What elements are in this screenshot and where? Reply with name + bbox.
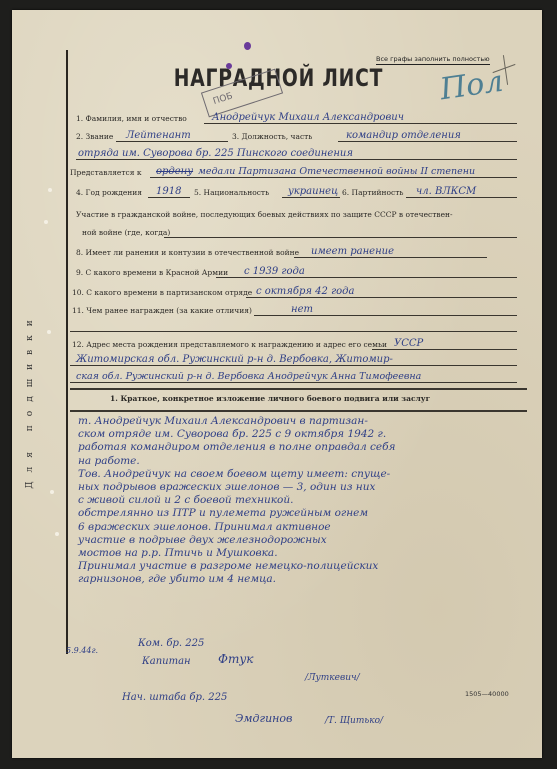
field-partisan-since: 10. С какого времени в партизанском отря… xyxy=(76,284,517,298)
punch-hole xyxy=(44,220,48,224)
binding-label: Для подшивки xyxy=(25,311,35,489)
field-value: имеет ранение xyxy=(311,246,394,258)
field-value: Житомирская обл. Ружинский р-н д. Вербов… xyxy=(76,354,393,366)
field-label: Участие в гражданской войне, последующих… xyxy=(76,210,453,219)
field-label: 2. Звание xyxy=(76,132,113,141)
chief-of-staff-name: /Т. Щитько/ xyxy=(325,716,383,726)
narrative-line: мостов на р.р. Птичь и Мушковка. xyxy=(78,547,538,560)
field-participation-continued: ной войне (где, когда) xyxy=(76,224,517,238)
field-value: нет xyxy=(291,304,313,316)
field-unit-continued: отряда им. Суворова бр. 225 Пинского сое… xyxy=(76,146,517,160)
stamp-text: ПОБ xyxy=(212,91,234,107)
commander-signature: Фтук xyxy=(218,652,253,666)
narrative-line: с живой силой и 2 с боевой техникой. xyxy=(78,494,538,507)
binding-margin-line xyxy=(66,50,68,654)
field-value: украинец xyxy=(288,186,338,198)
chief-of-staff-title: Нач. штаба бр. 225 xyxy=(122,692,227,703)
field-wounds: 8. Имеет ли ранения и контузии в отечест… xyxy=(76,244,517,258)
narrative-line: Принимал участие в разгроме немецко-поли… xyxy=(78,560,538,573)
chief-of-staff-signature: Эмдгинов xyxy=(235,712,292,725)
field-label: 5. Национальность xyxy=(194,188,269,197)
field-value: с октября 42 года xyxy=(256,286,354,298)
commander-name: /Луткевич/ xyxy=(305,673,360,683)
punch-hole xyxy=(50,490,54,494)
narrative-line: ных подрывов вражеских эшелонов — 3, оди… xyxy=(78,481,538,494)
field-label: Представляется к xyxy=(70,168,142,177)
narrative-line: обстрелянно из ПТР и пулемета ружейным о… xyxy=(78,507,538,520)
field-label: 11. Чем ранее награжден (за какие отличи… xyxy=(72,306,252,315)
field-value: отряда им. Суворова бр. 225 Пинского сое… xyxy=(78,148,353,160)
narrative-line: ском отряде им. Суворова бр. 225 с 9 окт… xyxy=(78,428,538,441)
field-value: Анодрейчук Михаил Александрович xyxy=(212,112,404,124)
field-label: 3. Должность, часть xyxy=(232,132,312,141)
field-label: 12. Адрес места рождения представляемого… xyxy=(72,340,387,349)
field-value: чл. ВЛКСМ xyxy=(416,186,476,198)
field-value: командир отделения xyxy=(346,130,461,142)
narrative-line: участие в подрыве двух железнодорожных xyxy=(78,534,538,547)
field-birth-nationality-party: 4. Год рождения 1918 5. Национальность у… xyxy=(76,184,517,198)
field-full-name: 1. Фамилия, имя и отчество Анодрейчук Ми… xyxy=(76,110,517,124)
section-divider xyxy=(70,388,527,390)
field-address-line3: ская обл. Ружинский р-н д. Вербовка Анод… xyxy=(76,369,517,383)
field-label: 6. Партийность xyxy=(342,188,403,197)
punch-hole xyxy=(55,532,59,536)
field-label: 8. Имеет ли ранения и контузии в отечест… xyxy=(76,248,299,257)
field-value: с 1939 года xyxy=(244,266,305,278)
field-previous-awards: 11. Чем ранее награжден (за какие отличи… xyxy=(76,302,517,316)
field-participation: Участие в гражданской войне, последующих… xyxy=(76,206,517,220)
ink-blot xyxy=(244,42,251,50)
field-address-line2: Житомирская обл. Ружинский р-н д. Вербов… xyxy=(76,352,517,366)
punch-hole xyxy=(48,188,52,192)
commander-rank: Капитан xyxy=(142,656,191,667)
field-red-army-since: 9. С какого времени в Красной Армии с 19… xyxy=(76,264,517,278)
narrative-line: т. Анодрейчук Михаил Александрович в пар… xyxy=(78,415,538,428)
section-divider xyxy=(70,410,527,412)
field-rank-position: 2. Звание Лейтенант 3. Должность, часть … xyxy=(76,128,517,142)
field-label: 10. С какого времени в партизанском отря… xyxy=(72,288,252,297)
narrative-line: Тов. Анодрейчук на своем боевом щету име… xyxy=(78,468,538,481)
field-previous-awards-line xyxy=(76,318,517,332)
narrative-line: на работе. xyxy=(78,455,538,468)
field-label: 4. Год рождения xyxy=(76,188,142,197)
field-presented-for: Представляется к ордену медали Партизана… xyxy=(76,164,517,178)
field-label: 9. С какого времени в Красной Армии xyxy=(76,268,228,277)
print-code: 1505—40000 xyxy=(465,690,509,698)
field-value: ская обл. Ружинский р-н д. Вербовка Анод… xyxy=(76,371,421,383)
punch-hole xyxy=(47,330,51,334)
field-value: медали Партизана Отечественной войны II … xyxy=(198,166,475,178)
commander-title: Ком. бр. 225 xyxy=(138,638,204,649)
field-value: Лейтенант xyxy=(126,130,191,142)
section-heading: 1. Краткое, конкретное изложение личного… xyxy=(110,394,430,403)
struck-value: ордену xyxy=(156,166,193,178)
field-address: 12. Адрес места рождения представляемого… xyxy=(76,336,517,350)
field-value: УССР xyxy=(394,338,423,350)
signature-date: 5.9.44г. xyxy=(66,646,98,655)
narrative-line: работая командиром отделения в полне опр… xyxy=(78,441,538,454)
field-value: 1918 xyxy=(156,186,181,198)
field-label: ной войне (где, когда) xyxy=(82,228,170,237)
narrative-text: т. Анодрейчук Михаил Александрович в пар… xyxy=(78,415,538,587)
narrative-line: 6 вражеских эшелонов. Принимал активное xyxy=(78,521,538,534)
field-label: 1. Фамилия, имя и отчество xyxy=(76,114,187,123)
narrative-line: гарнизонов, где убито им 4 немца. xyxy=(78,573,538,586)
